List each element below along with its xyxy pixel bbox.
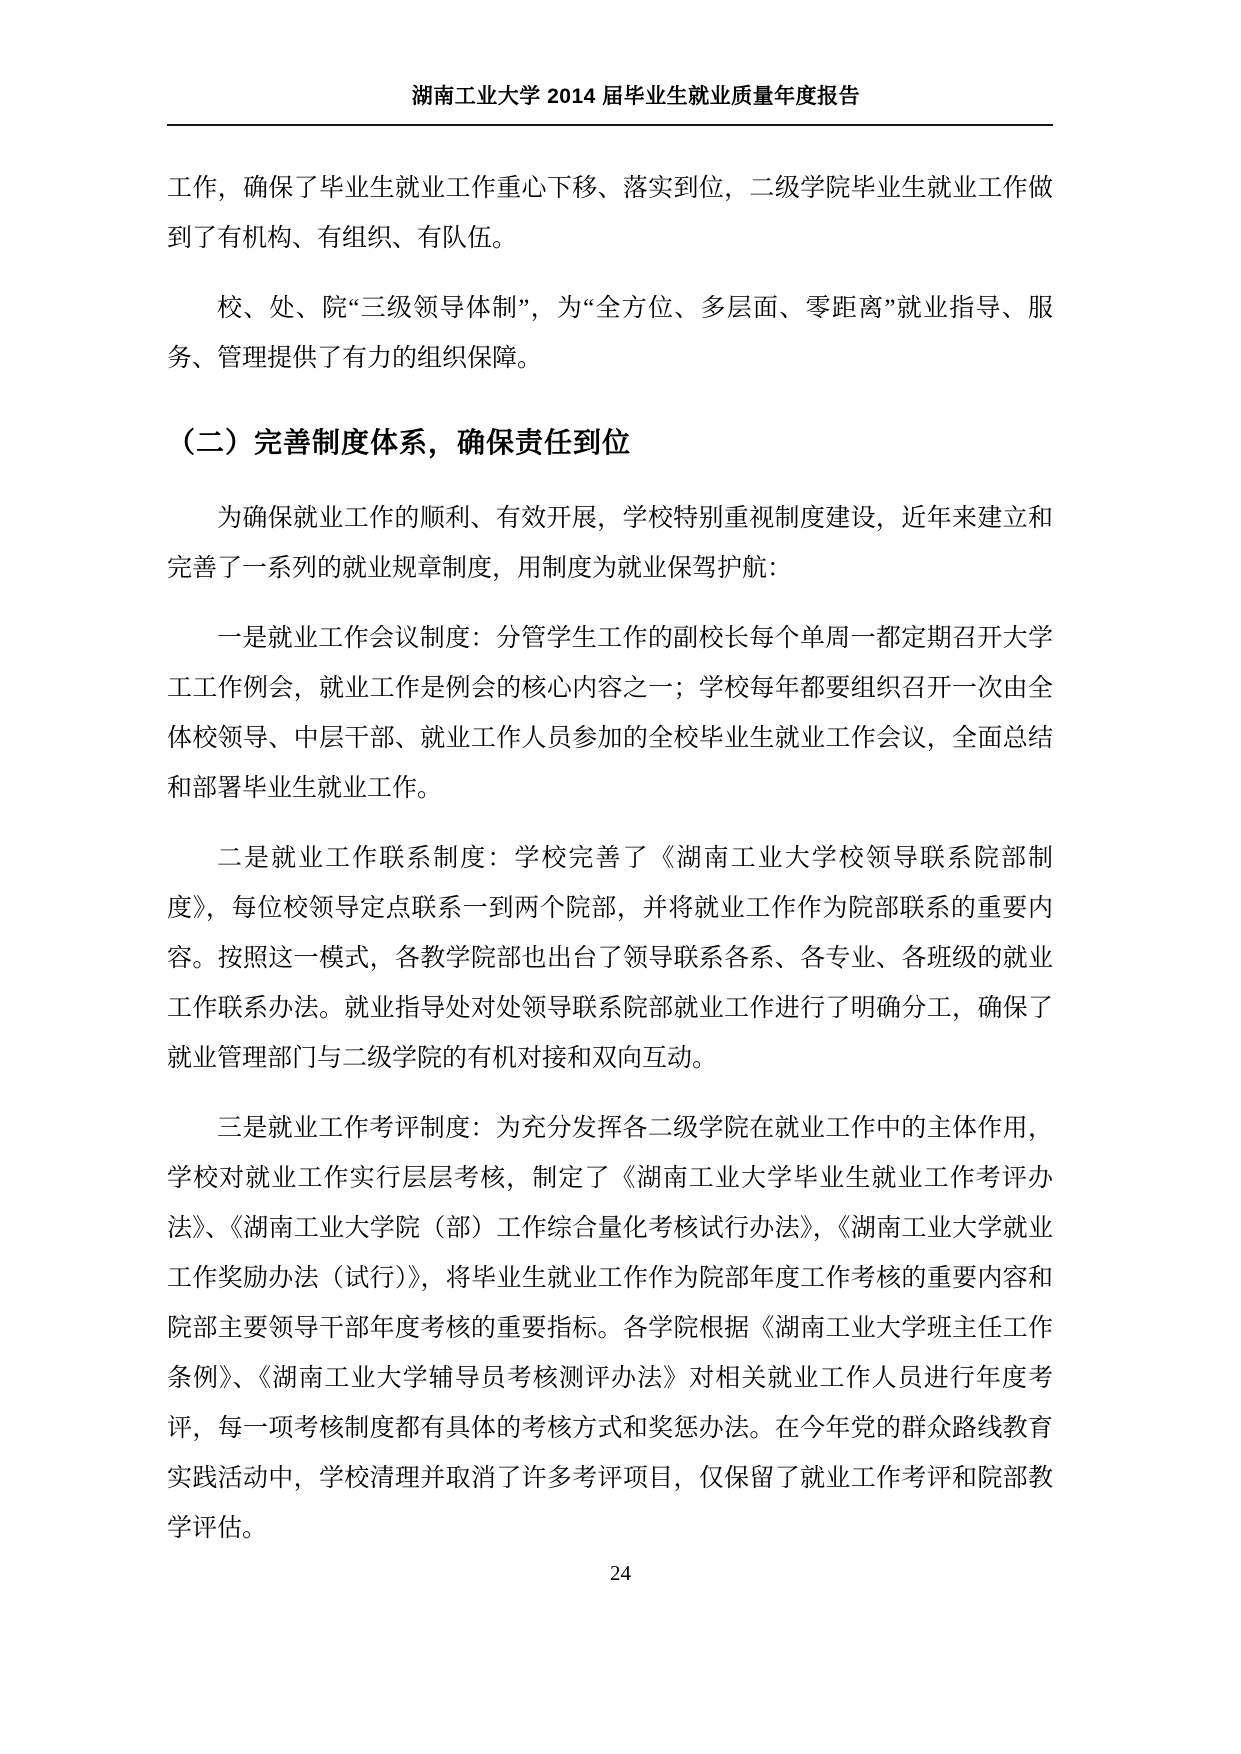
- paragraph-item-3-evaluation-system: 三是就业工作考评制度：为充分发挥各二级学院在就业工作中的主体作用，学校对就业工作…: [167, 1104, 1053, 1554]
- body-text: 工作，确保了毕业生就业工作重心下移、落实到位，二级学院毕业生就业工作做到了有机构…: [167, 164, 1053, 1554]
- page-content: 湖南工业大学 2014 届毕业生就业质量年度报告 工作，确保了毕业生就业工作重心…: [167, 0, 1053, 1574]
- paragraph-intro: 为确保就业工作的顺利、有效开展，学校特别重视制度建设，近年来建立和完善了一系列的…: [167, 494, 1053, 594]
- paragraph-leadership-system: 校、处、院“三级领导体制”，为“全方位、多层面、零距离”就业指导、服务、管理提供…: [167, 284, 1053, 384]
- section-heading: （二）完善制度体系，确保责任到位: [167, 422, 1053, 464]
- paragraph-item-2-liaison-system: 二是就业工作联系制度：学校完善了《湖南工业大学校领导联系院部制度》，每位校领导定…: [167, 834, 1053, 1084]
- header-title: 湖南工业大学 2014 届毕业生就业质量年度报告: [412, 84, 860, 110]
- paragraph-continuation: 工作，确保了毕业生就业工作重心下移、落实到位，二级学院毕业生就业工作做到了有机构…: [167, 164, 1053, 264]
- paragraph-item-1-meeting-system: 一是就业工作会议制度：分管学生工作的副校长每个单周一都定期召开大学工工作例会，就…: [167, 614, 1053, 814]
- document-page: 湖南工业大学 2014 届毕业生就业质量年度报告 工作，确保了毕业生就业工作重心…: [0, 0, 1241, 1754]
- page-header: 湖南工业大学 2014 届毕业生就业质量年度报告: [167, 0, 1053, 126]
- page-number: 24: [0, 1560, 1241, 1586]
